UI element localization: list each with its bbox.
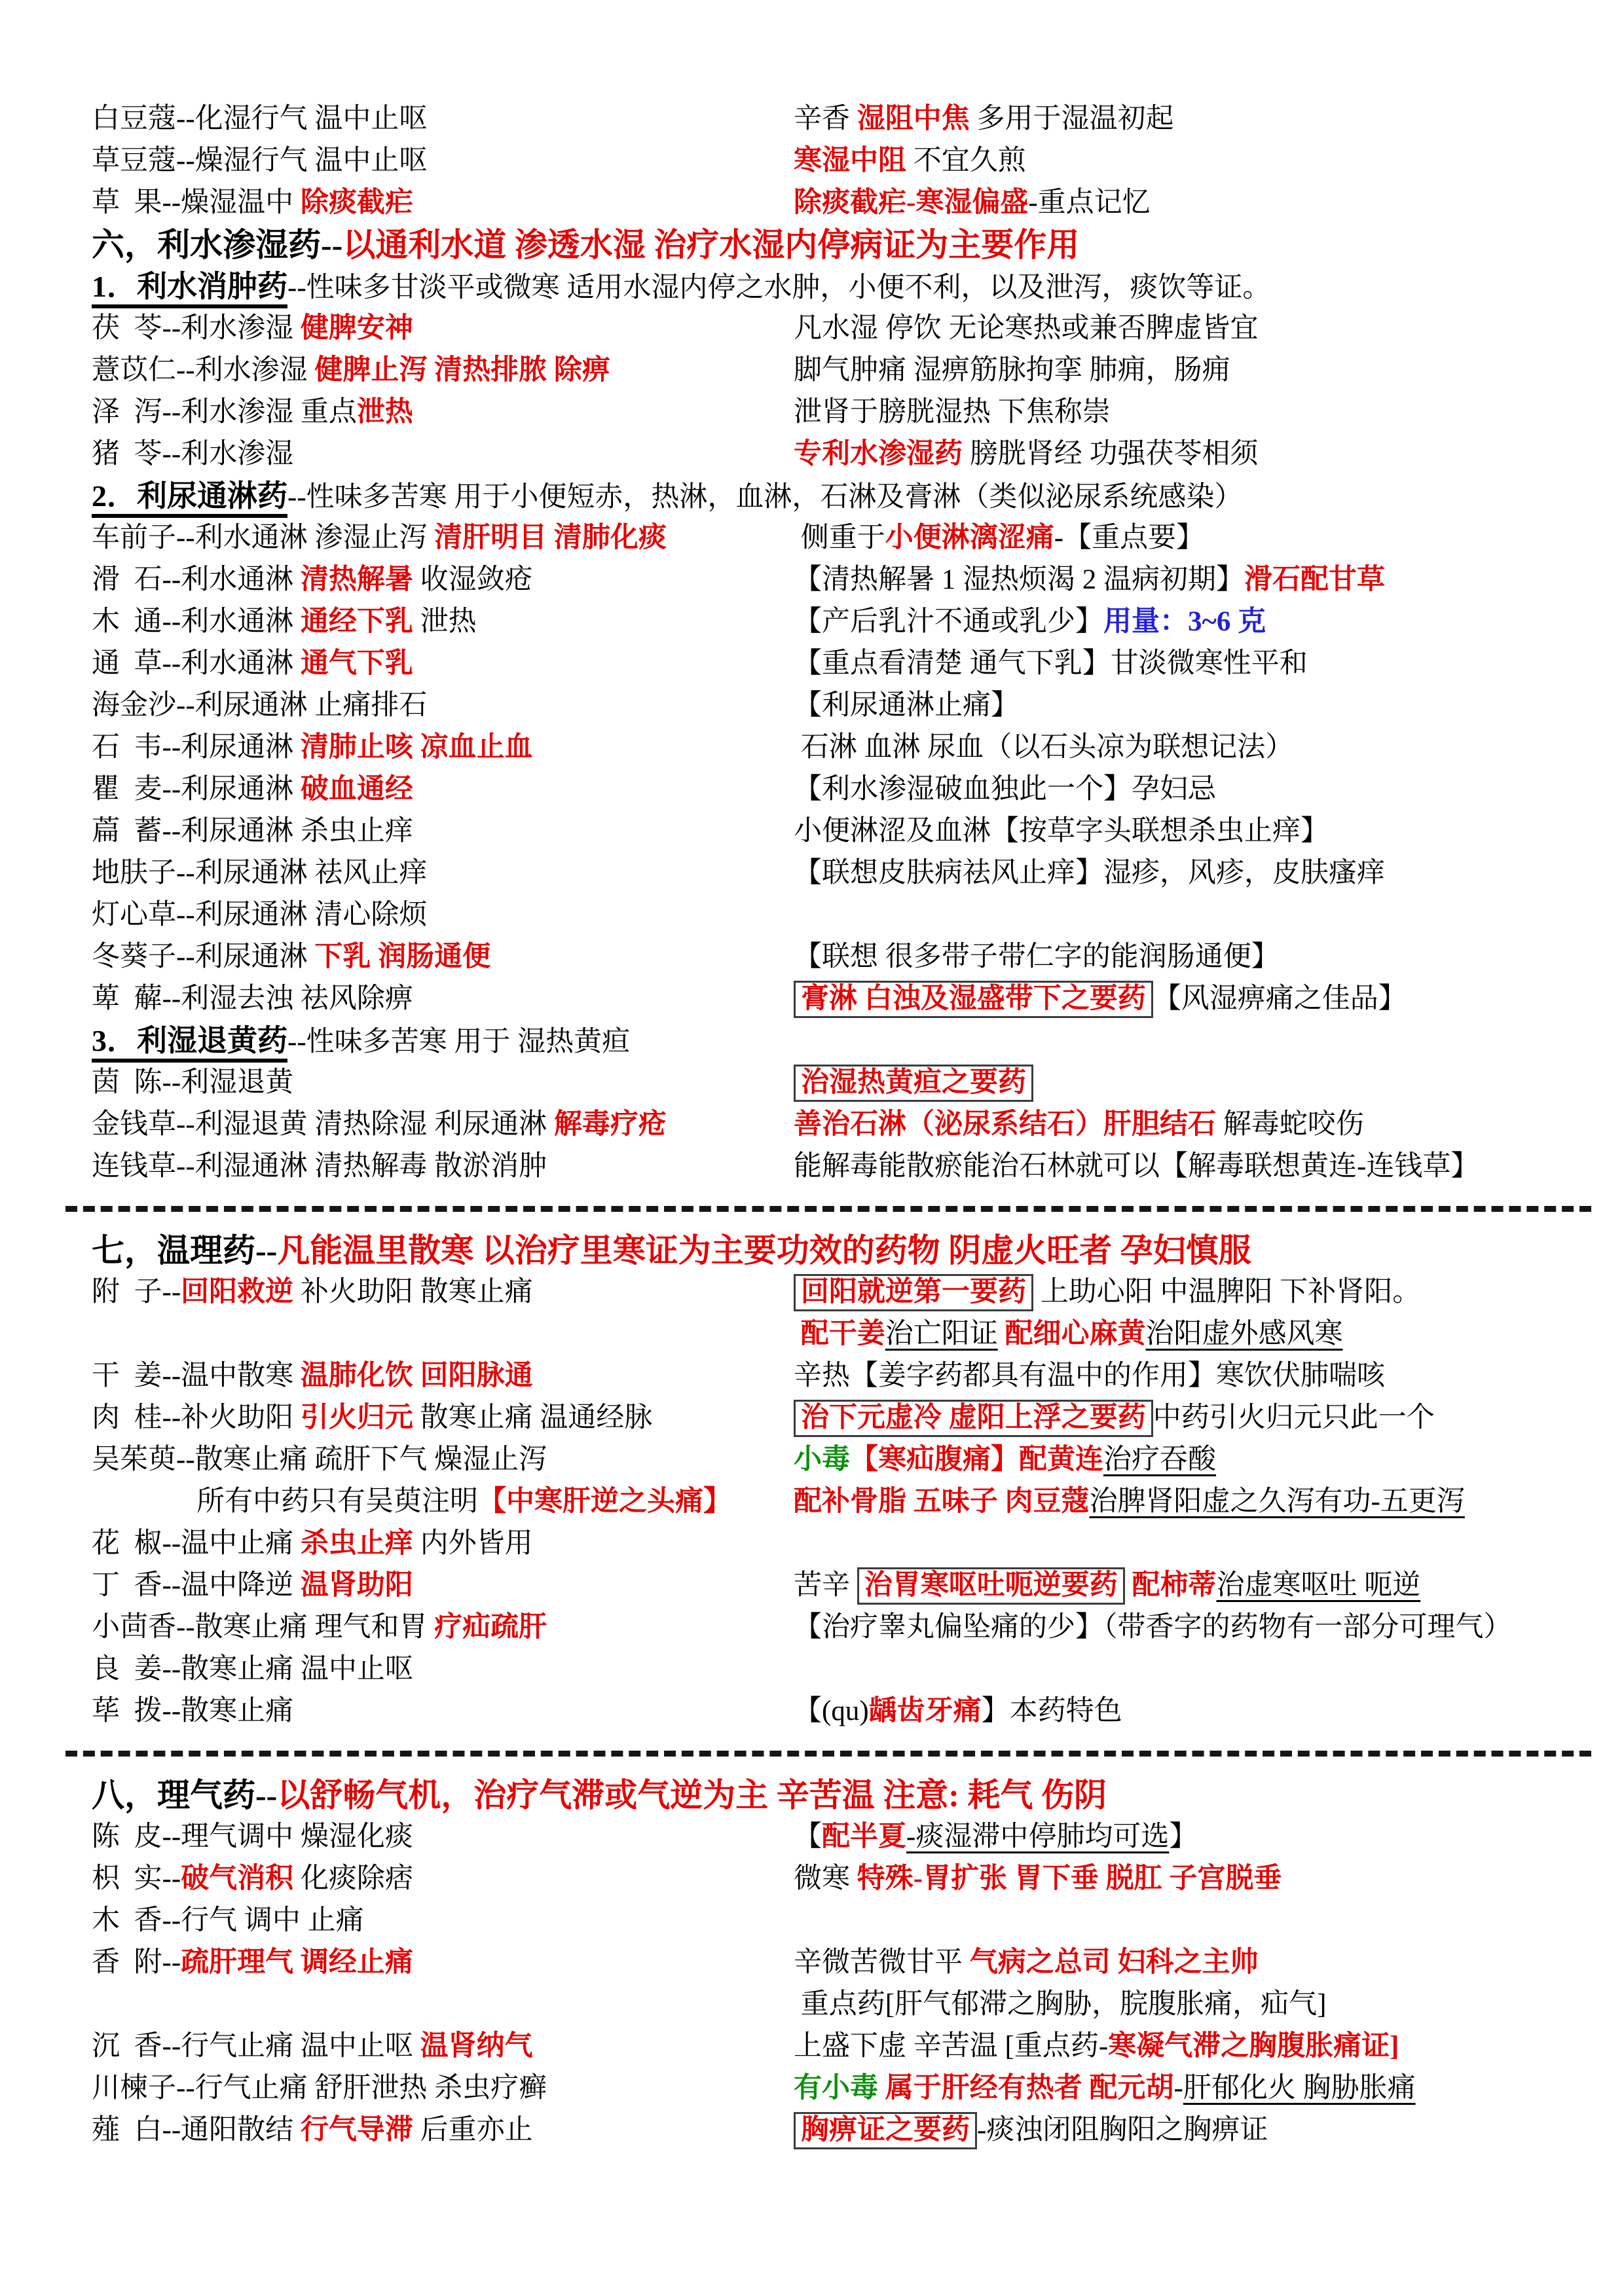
text-segment: 配补骨脂 五味子 肉豆蔻 [794, 1486, 1090, 1517]
text-segment: 吴茱萸--散寒止痛 疏肝下气 燥湿止泻 [92, 1444, 547, 1475]
drug-row-bixie: 萆 薢--利湿去浊 祛风除痹膏淋 白浊及湿盛带下之要药【风湿痹痛之佳品】 [0, 978, 1624, 1020]
right-cell: 善治石淋（泌尿系结石）肝胆结石 解毒蛇咬伤 [794, 1104, 1624, 1146]
left-cell: 陈 皮--理气调中 燥湿化痰 [92, 1816, 796, 1858]
text-segment: 所有中药只有吴萸注明 [196, 1486, 478, 1517]
left-cell: 白豆蔻--化湿行气 温中止呕 [92, 98, 796, 140]
text-segment: -痰浊闭阻胸阳之胸痹证 [977, 2115, 1268, 2145]
right-cell: 有小毒 属于肝经有热者 配元胡-肝郁化火 胸胁胀痛 [794, 2068, 1624, 2109]
text-segment: 香 附-- [92, 1947, 181, 1978]
right-cell: 重点药[肝气郁滞之胸胁，脘腹胀痛，疝气] [794, 1984, 1624, 2026]
text-segment: 【重点看清楚 通气下乳】甘淡微寒性平和 [794, 648, 1308, 679]
left-cell: 猪 苓--利水渗湿 [92, 433, 796, 475]
drug-row-jinqiancao: 金钱草--利湿退黄 清热除湿 利尿通淋 解毒疗疮善治石淋（泌尿系结石）肝胆结石 … [0, 1104, 1624, 1146]
right-cell: 小便淋涩及血淋【按草字头联想杀虫止痒】 [794, 811, 1624, 852]
text-segment: 良 姜--散寒止痛 温中止呕 [92, 1654, 413, 1685]
text-segment: 2．利尿通淋药 [92, 479, 287, 518]
text-segment: 微寒 [794, 1863, 857, 1894]
text-segment: 草豆蔻--燥湿行气 温中止呕 [92, 145, 427, 176]
text-segment: 上助心阳 中温脾阳 下补肾阳。 [1033, 1277, 1420, 1307]
text-segment: 破气消积 [181, 1863, 293, 1894]
text-segment: 以通利水道 渗透水湿 治疗水湿内停病证为主要作用 [342, 227, 1079, 263]
drug-row-yiyiren: 薏苡仁--利水渗湿 健脾止泻 清热排脓 除痹脚气肿痛 湿痹筋脉拘挛 肺痈，肠痈 [0, 350, 1624, 392]
drug-row-dengxincao: 灯心草--利尿通淋 清心除烦 [0, 894, 1624, 936]
text-segment: 白豆蔻--化湿行气 温中止呕 [92, 103, 427, 134]
right-cell: 膏淋 白浊及湿盛带下之要药【风湿痹痛之佳品】 [794, 978, 1624, 1020]
right-cell: 小毒【寒疝腹痛】配黄连治疗吞酸 [794, 1439, 1624, 1481]
left-cell: 川楝子--行气止痛 舒肝泄热 杀虫疗癣 [92, 2068, 796, 2109]
left-cell: 薤 白--通阳散结 行气导滞 后重亦止 [92, 2109, 796, 2151]
right-cell: 【产后乳汁不通或乳少】用量：3~6 克 [794, 601, 1624, 643]
text-segment: 后重亦止 [413, 2115, 533, 2145]
text-segment: 干 姜--温中散寒 [92, 1360, 301, 1391]
text-segment: 有小毒 [794, 2073, 878, 2104]
text-segment: 内外皆用 [413, 1528, 533, 1559]
text-segment: 治阳虚外感风寒 [1146, 1319, 1343, 1349]
text-segment: 1．利水消肿药 [92, 270, 287, 308]
right-cell: 【配半夏-痰湿滞中停肺均可选】 [794, 1816, 1624, 1858]
text-segment: 泄热 [413, 606, 477, 637]
text-segment: 小便淋涩及血淋【按草字头联想杀虫止痒】 [794, 816, 1329, 847]
text-segment: 灯心草--利尿通淋 清心除烦 [92, 900, 427, 930]
text-segment: 泄肾于膀胱湿热 下焦称崇 [794, 397, 1111, 428]
text-segment: 丁 香--温中降逆 [92, 1570, 301, 1601]
drug-row-yinchen: 茵 陈--利湿退黄治湿热黄疸之要药 [0, 1062, 1624, 1104]
right-cell: 治下元虚冷 虚阳上浮之要药中药引火归元只此一个 [794, 1397, 1624, 1439]
right-cell: 上盛下虚 辛苦温 [重点药-寒凝气滞之胸腹胀痛证] [794, 2026, 1624, 2068]
left-cell: 连钱草--利湿通淋 清热解毒 散淤消肿 [92, 1146, 796, 1188]
text-segment: 补火助阳 散寒止痛 [293, 1277, 533, 1307]
drug-row-cheqianzi: 车前子--利水通淋 渗湿止泻 清肝明目 清肺化痰 侧重于小便淋漓涩痛-【重点要】 [0, 517, 1624, 559]
right-cell: 侧重于小便淋漓涩痛-【重点要】 [794, 517, 1624, 559]
right-cell: 胸痹证之要药-痰浊闭阻胸阳之胸痹证 [794, 2109, 1624, 2151]
text-segment: 重点药[肝气郁滞之胸胁，脘腹胀痛，疝气] [794, 1989, 1326, 2020]
text-segment: 通 草--利水通淋 [92, 648, 301, 679]
drug-row-shiwei: 石 韦--利尿通淋 清肺止咳 凉血止血 石淋 血淋 尿血（以石头凉为联想记法） [0, 727, 1624, 769]
drug-row-xiangfu: 香 附--疏肝理气 调经止痛辛微苦微甘平 气病之总司 妇科之主帅 [0, 1942, 1624, 1984]
text-segment: 金钱草--利湿退黄 清热除湿 利尿通淋 [92, 1109, 554, 1140]
drug-row-caoguo: 草 果--燥湿温中 除痰截疟除痰截疟-寒湿偏盛-重点记忆 [0, 182, 1624, 224]
left-cell: 肉 桂--补火助阳 引火归元 散寒止痛 温通经脉 [92, 1397, 796, 1439]
right-cell: 【重点看清楚 通气下乳】甘淡微寒性平和 [794, 643, 1624, 685]
drug-row-mutong: 木 通--利水通淋 通经下乳 泄热【产后乳汁不通或乳少】用量：3~6 克 [0, 601, 1624, 643]
drug-row-chuanlianzi: 川楝子--行气止痛 舒肝泄热 杀虫疗癣有小毒 属于肝经有热者 配元胡-肝郁化火 … [0, 2068, 1624, 2109]
text-segment: 能解毒能散瘀能治石林就可以【解毒联想黄连-连钱草】 [794, 1151, 1479, 1182]
text-segment: 木 通--利水通淋 [92, 606, 301, 637]
text-segment: 湿阻中焦 [857, 103, 970, 134]
text-segment: 龋齿牙痛 [869, 1696, 982, 1726]
right-cell: 辛微苦微甘平 气病之总司 妇科之主帅 [794, 1942, 1624, 1984]
section-divider-1 [0, 1188, 1624, 1230]
left-cell: 附 子--回阳救逆 补火助阳 散寒止痛 [92, 1271, 796, 1313]
text-segment: 连钱草--利湿通淋 清热解毒 散淤消肿 [92, 1151, 547, 1182]
text-segment: 清肺止咳 凉血止血 [301, 732, 533, 763]
text-segment: 寒湿中阻 [794, 145, 906, 176]
text-segment: --性味多苦寒 用于小便短赤，热淋，血淋，石淋及膏淋（类似泌尿系统感染） [287, 482, 1242, 513]
text-segment: 疏肝理气 调经止痛 [181, 1947, 413, 1978]
drug-row-zexie: 泽 泻--利水渗湿 重点泄热泄肾于膀胱湿热 下焦称崇 [0, 392, 1624, 433]
text-segment [998, 1319, 1005, 1349]
left-cell: 沉 香--行气止痛 温中止呕 温肾纳气 [92, 2026, 796, 2068]
text-segment: 疗疝疏肝 [434, 1612, 547, 1643]
drug-row-wuzhuyu-note: 所有中药只有吴萸注明【中寒肝逆之头痛】配补骨脂 五味子 肉豆蔻治脾肾阳虚之久泻有… [0, 1481, 1624, 1523]
text-segment: 】本药特色 [982, 1696, 1122, 1726]
right-cell: 【治疗睾丸偏坠痛的少】（带香字的药物有一部分可理气） [794, 1607, 1624, 1649]
left-cell: 香 附--疏肝理气 调经止痛 [92, 1942, 796, 1984]
left-cell: 滑 石--利水通淋 清热解暑 收湿敛疮 [92, 559, 796, 601]
text-segment: 配柿蒂 [1132, 1570, 1217, 1601]
left-cell: 灯心草--利尿通淋 清心除烦 [92, 894, 796, 936]
text-segment: 治疗吞酸 [1103, 1444, 1216, 1475]
right-cell: 辛热【姜字药都具有温中的作用】寒饮伏肺喘咳 [794, 1355, 1624, 1397]
text-segment: 【(qu) [794, 1696, 869, 1726]
drug-row-qumai: 瞿 麦--利尿通淋 破血通经【利水渗湿破血独此一个】孕妇忌 [0, 769, 1624, 811]
text-segment: 茯 苓--利水渗湿 [92, 313, 301, 344]
text-segment: 凡水湿 停饮 无论寒热或兼否脾虚皆宜 [794, 313, 1259, 344]
text-segment: 散寒止痛 温通经脉 [413, 1402, 653, 1433]
left-cell: 吴茱萸--散寒止痛 疏肝下气 燥湿止泻 [92, 1439, 796, 1481]
drug-row-difuzi: 地肤子--利尿通淋 祛风止痒【联想皮肤病祛风止痒】湿疹，风疹，皮肤瘙痒 [0, 852, 1624, 894]
text-segment [1125, 1570, 1132, 1601]
text-segment: 温肾助阳 [301, 1570, 413, 1601]
dashed-divider [65, 1751, 1591, 1757]
left-cell: 萆 薢--利湿去浊 祛风除痹 [92, 978, 796, 1020]
left-cell: 木 通--利水通淋 通经下乳 泄热 [92, 601, 796, 643]
right-cell: 【联想皮肤病祛风止痒】湿疹，风疹，皮肤瘙痒 [794, 852, 1624, 894]
text-segment: 治虚寒呕吐 呃逆 [1217, 1570, 1421, 1601]
drug-row-chenxiang: 沉 香--行气止痛 温中止呕 温肾纳气上盛下虚 辛苦温 [重点药-寒凝气滞之胸腹… [0, 2026, 1624, 2068]
text-segment: 解毒蛇咬伤 [1216, 1109, 1364, 1140]
text-segment: 杀虫止痒 [301, 1528, 413, 1559]
right-cell: 【利水渗湿破血独此一个】孕妇忌 [794, 769, 1624, 811]
left-cell: 草 果--燥湿温中 除痰截疟 [92, 182, 796, 224]
text-segment: 石淋 血淋 尿血（以石头凉为联想记法） [794, 732, 1293, 763]
drug-row-wuzhuyu: 吴茱萸--散寒止痛 疏肝下气 燥湿止泻小毒【寒疝腹痛】配黄连治疗吞酸 [0, 1439, 1624, 1481]
right-cell: 泄肾于膀胱湿热 下焦称崇 [794, 392, 1624, 433]
text-segment: 【 [794, 1821, 822, 1852]
right-cell: 凡水湿 停饮 无论寒热或兼否脾虚皆宜 [794, 308, 1624, 350]
text-segment: 收湿敛疮 [413, 564, 533, 595]
drug-row-fuzi: 附 子--回阳救逆 补火助阳 散寒止痛回阳就逆第一要药 上助心阳 中温脾阳 下补… [0, 1271, 1624, 1313]
drug-row-bibo: 荜 拨--散寒止痛【(qu)龋齿牙痛】本药特色 [0, 1690, 1624, 1732]
text-segment: 【利水渗湿破血独此一个】孕妇忌 [794, 774, 1216, 805]
text-segment: 瞿 麦--利尿通淋 [92, 774, 301, 805]
text-segment: 茵 陈--利湿退黄 [92, 1067, 293, 1098]
drug-row-huajiao: 花 椒--温中止痛 杀虫止痒 内外皆用 [0, 1523, 1624, 1565]
left-cell: 丁 香--温中降逆 温肾助阳 [92, 1565, 796, 1607]
text-segment: 【联想 很多带子带仁字的能润肠通便】 [794, 941, 1280, 972]
right-cell: 辛香 湿阻中焦 多用于湿温初起 [794, 98, 1624, 140]
right-cell: 【(qu)龋齿牙痛】本药特色 [794, 1690, 1624, 1732]
text-segment: 小茴香--散寒止痛 理气和胃 [92, 1612, 434, 1643]
text-segment: 健脾安神 [301, 313, 413, 344]
drug-row-liangjiang: 良 姜--散寒止痛 温中止呕 [0, 1649, 1624, 1690]
text-segment: 配干姜 [801, 1319, 885, 1349]
text-segment: 肝郁化火 胸胁胀痛 [1183, 2073, 1416, 2104]
text-segment: 除痰截疟 [301, 187, 413, 218]
drug-row-xiangfu-note: 重点药[肝气郁滞之胸胁，脘腹胀痛，疝气] [0, 1984, 1624, 2026]
drug-row-zhishi: 枳 实--破气消积 化痰除痞微寒 特殊-胃扩张 胃下垂 脱肛 子宫脱垂 [0, 1858, 1624, 1900]
text-segment: 行气导滞 [301, 2115, 413, 2145]
text-segment: 萹 蓄--利尿通淋 杀虫止痒 [92, 816, 413, 847]
text-segment: 陈 皮--理气调中 燥湿化痰 [92, 1821, 413, 1852]
text-segment: 滑石配甘草 [1244, 564, 1385, 595]
text-segment: 泽 泻--利水渗湿 重点 [92, 397, 357, 428]
text-segment: 寒凝气滞之胸腹胀痛证] [1108, 2031, 1399, 2062]
left-cell: 荜 拨--散寒止痛 [92, 1690, 796, 1732]
text-segment: 脚气肿痛 湿痹筋脉拘挛 肺痈，肠痈 [794, 355, 1230, 386]
text-segment: -- [255, 1232, 277, 1269]
text-segment: 温肾纳气 [420, 2031, 533, 2062]
text-segment: 侧重于 [794, 522, 885, 553]
section-6-header: 六，利水渗湿药--以通利水道 渗透水湿 治疗水湿内停病证为主要作用 [0, 224, 1624, 266]
text-segment: 七，温理药 [92, 1232, 255, 1269]
text-segment: 治脾肾阳虚之久泻有功-五更泻 [1090, 1486, 1465, 1517]
left-cell: 萹 蓄--利尿通淋 杀虫止痒 [92, 811, 796, 852]
left-cell: 枳 实--破气消积 化痰除痞 [92, 1858, 796, 1900]
left-cell: 木 香--行气 调中 止痛 [92, 1900, 796, 1942]
text-segment: 用量：3~6 克 [1103, 606, 1266, 637]
text-segment: 【清热解暑 1 湿热烦渴 2 温病初期】 [794, 564, 1244, 595]
text-segment: -【重点要】 [1054, 522, 1204, 553]
text-segment: 破血通经 [301, 774, 413, 805]
boxed-key-phrase: 胸痹证之要药 [794, 2112, 977, 2149]
section-8-header: 八，理气药--以舒畅气机，治疗气滞或气逆为主 辛苦温 注意: 耗气 伤阴 [0, 1774, 1624, 1816]
text-segment: --性味多甘淡平或微寒 适用水湿内停之水肿，小便不利，以及泄泻，痰饮等证。 [287, 272, 1270, 303]
left-cell: 2．利尿通淋药--性味多苦寒 用于小便短赤，热淋，血淋，石淋及膏淋（类似泌尿系统… [92, 475, 1624, 519]
text-segment: 气病之总司 妇科之主帅 [970, 1947, 1259, 1978]
text-segment: 辛热【姜字药都具有温中的作用】寒饮伏肺喘咳 [794, 1360, 1385, 1391]
text-segment: 配黄连 [1019, 1444, 1103, 1475]
text-segment: 善治石淋（泌尿系结石）肝胆结石 [794, 1109, 1216, 1140]
left-cell: 3．利湿退黄药--性味多苦寒 用于 湿热黄疸 [92, 1020, 1624, 1063]
text-segment: 【利尿通淋止痛】 [794, 690, 1019, 721]
text-segment: 肉 桂--补火助阳 [92, 1402, 301, 1433]
text-segment: -- [321, 227, 342, 263]
text-segment: 薏苡仁--利水渗湿 [92, 355, 314, 386]
text-segment: 沉 香--行气止痛 温中止呕 [92, 2031, 420, 2062]
left-cell: 泽 泻--利水渗湿 重点泄热 [92, 392, 796, 433]
left-cell: 八，理气药--以舒畅气机，治疗气滞或气逆为主 辛苦温 注意: 耗气 伤阴 [92, 1774, 1624, 1816]
drug-row-zhuling: 猪 苓--利水渗湿专利水渗湿药 膀胱肾经 功强茯苓相须 [0, 433, 1624, 475]
text-segment: 回阳救逆 [181, 1277, 293, 1307]
text-segment: 车前子--利水通淋 渗湿止泻 [92, 522, 434, 553]
text-segment: 清肝明目 清肺化痰 [434, 522, 667, 553]
text-segment: 薤 白--通阳散结 [92, 2115, 301, 2145]
left-cell: 良 姜--散寒止痛 温中止呕 [92, 1649, 796, 1690]
left-cell: 七，温理药--凡能温里散寒 以治疗里寒证为主要功效的药物 阴虚火旺者 孕妇慎服 [92, 1230, 1624, 1271]
left-cell: 1．利水消肿药--性味多甘淡平或微寒 适用水湿内停之水肿，小便不利，以及泄泻，痰… [92, 266, 1624, 309]
text-segment: 海金沙--利尿通淋 止痛排石 [92, 690, 427, 721]
text-segment: 猪 苓--利水渗湿 [92, 439, 293, 469]
text-segment: 化痰除痞 [293, 1863, 413, 1894]
text-segment: 【联想皮肤病祛风止痒】湿疹，风疹，皮肤瘙痒 [794, 858, 1385, 888]
text-segment: 3．利湿退黄药 [92, 1024, 287, 1063]
text-segment: 冬葵子--利尿通淋 [92, 941, 314, 972]
text-segment [794, 1319, 801, 1349]
dashed-divider [65, 1206, 1591, 1212]
drug-row-muxiang: 木 香--行气 调中 止痛 [0, 1900, 1624, 1942]
boxed-key-phrase: 治湿热黄疸之要药 [794, 1065, 1033, 1102]
left-cell: 地肤子--利尿通淋 祛风止痒 [92, 852, 796, 894]
left-cell: 六，利水渗湿药--以通利水道 渗透水湿 治疗水湿内停病证为主要作用 [92, 224, 1624, 266]
left-cell: 所有中药只有吴萸注明【中寒肝逆之头痛】 [196, 1481, 851, 1523]
right-cell: 石淋 血淋 尿血（以石头凉为联想记法） [794, 727, 1624, 769]
drug-row-xiaohuixiang: 小茴香--散寒止痛 理气和胃 疗疝疏肝【治疗睾丸偏坠痛的少】（带香字的药物有一部… [0, 1607, 1624, 1649]
text-segment: 清热解暑 [301, 564, 413, 595]
text-segment [878, 2073, 885, 2104]
text-segment: 枳 实-- [92, 1863, 181, 1894]
right-cell: 苦辛 治胃寒呕吐呃逆要药 配柿蒂治虚寒呕吐 呃逆 [794, 1565, 1624, 1607]
text-segment: 【风湿痹痛之佳品】 [1153, 983, 1407, 1014]
text-segment: 六，利水渗湿药 [92, 227, 321, 263]
right-cell: 【清热解暑 1 湿热烦渴 2 温病初期】滑石配甘草 [794, 559, 1624, 601]
text-segment: 中药引火归元只此一个 [1153, 1402, 1435, 1433]
text-segment: 多用于湿温初起 [970, 103, 1174, 134]
text-segment: 草 果--燥湿温中 [92, 187, 301, 218]
left-cell: 茵 陈--利湿退黄 [92, 1062, 796, 1104]
text-segment: 除痰截疟-寒湿偏盛 [794, 187, 1028, 218]
text-segment: 健脾止泻 清热排脓 除痹 [314, 355, 610, 386]
drug-row-caodoukou: 草豆蔻--燥湿行气 温中止呕寒湿中阻 不宜久煎 [0, 140, 1624, 182]
boxed-key-phrase: 治胃寒呕吐呃逆要药 [857, 1567, 1125, 1605]
drug-row-rougui: 肉 桂--补火助阳 引火归元 散寒止痛 温通经脉治下元虚冷 虚阳上浮之要药中药引… [0, 1397, 1624, 1439]
boxed-key-phrase: 膏淋 白浊及湿盛带下之要药 [794, 981, 1153, 1018]
subsection-2-header: 2．利尿通淋药--性味多苦寒 用于小便短赤，热淋，血淋，石淋及膏淋（类似泌尿系统… [0, 475, 1624, 517]
text-segment [1082, 2073, 1090, 2104]
left-cell: 冬葵子--利尿通淋 下乳 润肠通便 [92, 936, 796, 978]
right-cell: 【联想 很多带子带仁字的能润肠通便】 [794, 936, 1624, 978]
left-cell: 瞿 麦--利尿通淋 破血通经 [92, 769, 796, 811]
right-cell: 回阳就逆第一要药 上助心阳 中温脾阳 下补肾阳。 [794, 1271, 1624, 1313]
text-segment: 小便淋漓涩痛 [885, 522, 1054, 553]
text-segment: 下乳 润肠通便 [314, 941, 490, 972]
text-segment: 木 香--行气 调中 止痛 [92, 1905, 364, 1936]
tcm-notes-document: 白豆蔻--化湿行气 温中止呕辛香 湿阻中焦 多用于湿温初起草豆蔻--燥湿行气 温… [0, 0, 1624, 2296]
drug-row-xiebai: 薤 白--通阳散结 行气导滞 后重亦止胸痹证之要药-痰浊闭阻胸阳之胸痹证 [0, 2109, 1624, 2151]
text-segment: 治亡阳证 [885, 1319, 998, 1349]
left-cell: 车前子--利水通淋 渗湿止泻 清肝明目 清肺化痰 [92, 517, 796, 559]
text-segment: 专利水渗湿药 [794, 439, 963, 469]
right-cell: 配干姜治亡阳证 配细心麻黄治阳虚外感风寒 [794, 1313, 1624, 1355]
text-segment: - [1174, 2073, 1183, 2104]
drug-row-tongcao: 通 草--利水通淋 通气下乳【重点看清楚 通气下乳】甘淡微寒性平和 [0, 643, 1624, 685]
text-segment: -重点记忆 [1028, 187, 1150, 218]
right-cell: 治湿热黄疸之要药 [794, 1062, 1624, 1104]
section-7-header: 七，温理药--凡能温里散寒 以治疗里寒证为主要功效的药物 阴虚火旺者 孕妇慎服 [0, 1230, 1624, 1271]
text-segment: 石 韦--利尿通淋 [92, 732, 301, 763]
text-segment: 特殊-胃扩张 胃下垂 脱肛 子宫脱垂 [857, 1863, 1282, 1894]
drug-row-bianxu: 萹 蓄--利尿通淋 杀虫止痒小便淋涩及血淋【按草字头联想杀虫止痒】 [0, 811, 1624, 852]
right-cell: 【利尿通淋止痛】 [794, 685, 1624, 727]
text-segment: -痰湿滞中停肺均可选 [906, 1821, 1169, 1852]
text-segment: --性味多苦寒 用于 湿热黄疸 [287, 1027, 630, 1057]
boxed-key-phrase: 回阳就逆第一要药 [794, 1274, 1033, 1311]
left-cell: 通 草--利水通淋 通气下乳 [92, 643, 796, 685]
left-cell: 石 韦--利尿通淋 清肺止咳 凉血止血 [92, 727, 796, 769]
text-segment: 凡能温里散寒 以治疗里寒证为主要功效的药物 阴虚火旺者 孕妇慎服 [277, 1232, 1251, 1269]
left-cell: 薏苡仁--利水渗湿 健脾止泻 清热排脓 除痹 [92, 350, 796, 392]
text-segment: 小毒 [794, 1444, 850, 1475]
drug-row-fuling: 茯 苓--利水渗湿 健脾安神凡水湿 停饮 无论寒热或兼否脾虚皆宜 [0, 308, 1624, 350]
text-segment: 配半夏 [822, 1821, 906, 1852]
text-segment: 花 椒--温中止痛 [92, 1528, 301, 1559]
text-segment: 配细心麻黄 [1005, 1319, 1146, 1349]
text-segment: 荜 拨--散寒止痛 [92, 1696, 293, 1726]
text-segment: 地肤子--利尿通淋 祛风止痒 [92, 858, 427, 888]
drug-row-lianqiancao: 连钱草--利湿通淋 清热解毒 散淤消肿能解毒能散瘀能治石林就可以【解毒联想黄连-… [0, 1146, 1624, 1188]
drug-row-chenpi: 陈 皮--理气调中 燥湿化痰【配半夏-痰湿滞中停肺均可选】 [0, 1816, 1624, 1858]
right-cell: 除痰截疟-寒湿偏盛-重点记忆 [794, 182, 1624, 224]
right-cell: 配补骨脂 五味子 肉豆蔻治脾肾阳虚之久泻有功-五更泻 [794, 1481, 1624, 1523]
text-segment: 萆 薢--利湿去浊 祛风除痹 [92, 983, 413, 1014]
right-cell: 寒湿中阻 不宜久煎 [794, 140, 1624, 182]
text-segment: 泄热 [357, 397, 413, 428]
drug-row-dongkuizi: 冬葵子--利尿通淋 下乳 润肠通便【联想 很多带子带仁字的能润肠通便】 [0, 936, 1624, 978]
text-segment: 膀胱肾经 功强茯苓相须 [963, 439, 1259, 469]
drug-row-haijinsha: 海金沙--利尿通淋 止痛排石【利尿通淋止痛】 [0, 685, 1624, 727]
text-segment: 【产后乳汁不通或乳少】 [794, 606, 1103, 637]
subsection-1-header: 1．利水消肿药--性味多甘淡平或微寒 适用水湿内停之水肿，小便不利，以及泄泻，痰… [0, 266, 1624, 308]
drug-row-huashi: 滑 石--利水通淋 清热解暑 收湿敛疮【清热解暑 1 湿热烦渴 2 温病初期】滑… [0, 559, 1624, 601]
text-segment: 通经下乳 [301, 606, 413, 637]
left-cell: 海金沙--利尿通淋 止痛排石 [92, 685, 796, 727]
subsection-3-header: 3．利湿退黄药--性味多苦寒 用于 湿热黄疸 [0, 1020, 1624, 1062]
text-segment: 通气下乳 [301, 648, 413, 679]
left-cell: 草豆蔻--燥湿行气 温中止呕 [92, 140, 796, 182]
drug-row-baidoukou: 白豆蔻--化湿行气 温中止呕辛香 湿阻中焦 多用于湿温初起 [0, 98, 1624, 140]
text-segment: 引火归元 [301, 1402, 413, 1433]
text-segment: 上盛下虚 辛苦温 [重点药- [794, 2031, 1108, 2062]
left-cell: 干 姜--温中散寒 温肺化饮 回阳脉通 [92, 1355, 796, 1397]
drug-row-ganjiang: 干 姜--温中散寒 温肺化饮 回阳脉通辛热【姜字药都具有温中的作用】寒饮伏肺喘咳 [0, 1355, 1624, 1397]
left-cell: 花 椒--温中止痛 杀虫止痒 内外皆用 [92, 1523, 796, 1565]
text-segment: 苦辛 [794, 1570, 857, 1601]
text-segment: 配元胡 [1090, 2073, 1174, 2104]
text-segment: 【寒疝腹痛】 [850, 1444, 1019, 1475]
right-cell: 能解毒能散瘀能治石林就可以【解毒联想黄连-连钱草】 [794, 1146, 1624, 1188]
text-segment: 【治疗睾丸偏坠痛的少】（带香字的药物有一部分可理气） [794, 1612, 1512, 1643]
text-segment: 辛微苦微甘平 [794, 1947, 970, 1978]
text-segment: 附 子-- [92, 1277, 181, 1307]
text-segment: 以舒畅气机，治疗气滞或气逆为主 辛苦温 注意: 耗气 伤阴 [277, 1777, 1107, 1813]
right-cell: 脚气肿痛 湿痹筋脉拘挛 肺痈，肠痈 [794, 350, 1624, 392]
text-segment: 属于肝经有热者 [885, 2073, 1082, 2104]
text-segment: -- [255, 1777, 277, 1813]
boxed-key-phrase: 治下元虚冷 虚阳上浮之要药 [794, 1400, 1153, 1437]
right-cell: 专利水渗湿药 膀胱肾经 功强茯苓相须 [794, 433, 1624, 475]
section-divider-2 [0, 1732, 1624, 1774]
text-segment: 川楝子--行气止痛 舒肝泄热 杀虫疗癣 [92, 2073, 547, 2104]
text-segment: 辛香 [794, 103, 857, 134]
left-cell: 金钱草--利湿退黄 清热除湿 利尿通淋 解毒疗疮 [92, 1104, 796, 1146]
text-segment: 八，理气药 [92, 1777, 255, 1813]
text-segment: 温肺化饮 回阳脉通 [301, 1360, 533, 1391]
text-segment: 】 [1169, 1821, 1197, 1852]
left-cell: 小茴香--散寒止痛 理气和胃 疗疝疏肝 [92, 1607, 796, 1649]
left-cell: 茯 苓--利水渗湿 健脾安神 [92, 308, 796, 350]
right-cell: 微寒 特殊-胃扩张 胃下垂 脱肛 子宫脱垂 [794, 1858, 1624, 1900]
drug-row-dingxiang: 丁 香--温中降逆 温肾助阳苦辛 治胃寒呕吐呃逆要药 配柿蒂治虚寒呕吐 呃逆 [0, 1565, 1624, 1607]
text-segment: 不宜久煎 [906, 145, 1026, 176]
text-segment: 【中寒肝逆之头痛】 [478, 1486, 731, 1517]
text-segment: 滑 石--利水通淋 [92, 564, 301, 595]
text-segment: 解毒疗疮 [554, 1109, 667, 1140]
drug-row-fuzi-note: 配干姜治亡阳证 配细心麻黄治阳虚外感风寒 [0, 1313, 1624, 1355]
